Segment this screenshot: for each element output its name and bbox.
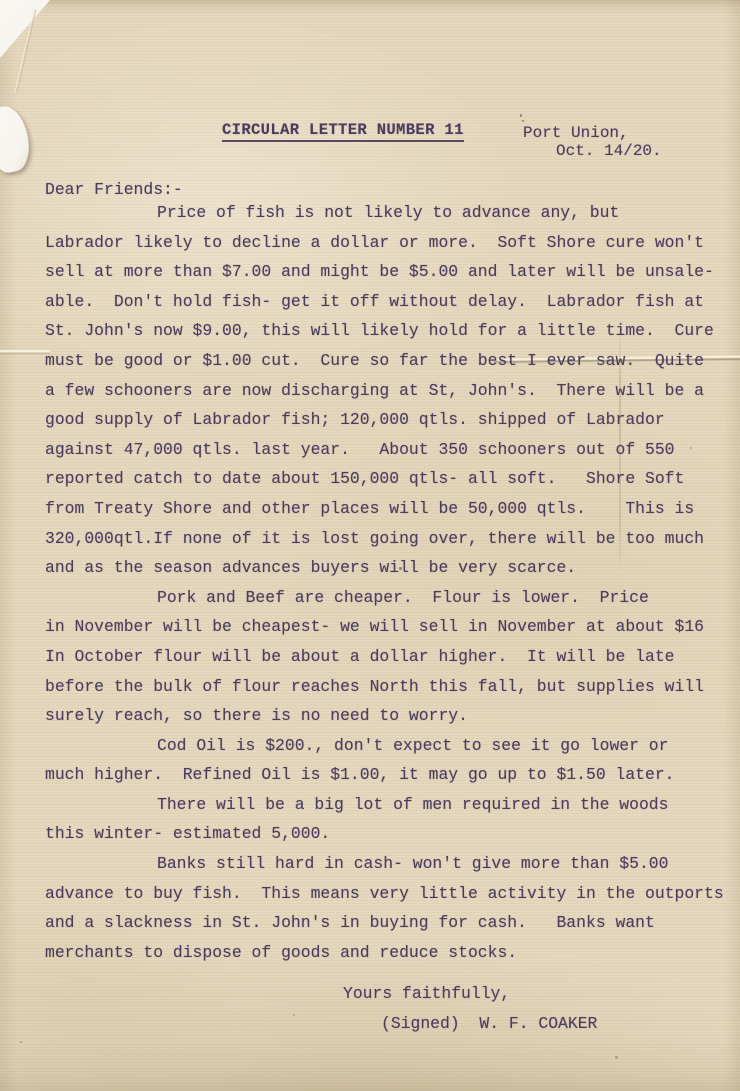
- letter-date: Oct. 14/20.: [556, 142, 662, 160]
- under-sheet-corner-left: [0, 104, 33, 175]
- letter-place: Port Union,: [523, 124, 629, 142]
- letter-line: good supply of Labrador fish; 120,000 qt…: [45, 405, 729, 435]
- letter-line: before the bulk of flour reaches North t…: [45, 672, 729, 702]
- letter-line: this winter- estimated 5,000.: [45, 819, 729, 849]
- ink-speck: [520, 114, 522, 117]
- letter-line: merchants to dispose of goods and reduce…: [45, 938, 729, 968]
- letter-line: 320,000qtl.If none of it is lost going o…: [45, 524, 729, 554]
- letter-line: advance to buy fish. This means very lit…: [45, 879, 729, 909]
- letter-body: Dear Friends:- Price of fish is not like…: [45, 182, 729, 1039]
- ink-speck: [615, 1056, 618, 1059]
- letter-line: much higher. Refined Oil is $1.00, it ma…: [45, 760, 729, 790]
- letter-line: and as the season advances buyers will b…: [45, 553, 729, 583]
- signature-line: (Signed) W. F. COAKER: [45, 1009, 729, 1039]
- letter-line: surely reach, so there is no need to wor…: [45, 701, 729, 731]
- letter-line: Labrador likely to decline a dollar or m…: [45, 228, 729, 258]
- ink-speck: [20, 1041, 22, 1043]
- letter-lines: Price of fish is not likely to advance a…: [45, 198, 729, 967]
- fold-crease-left: [0, 350, 50, 356]
- letter-line: In October flour will be about a dollar …: [45, 642, 729, 672]
- letter-line: sell at more than $7.00 and might be $5.…: [45, 257, 729, 287]
- letter-line: Banks still hard in cash- won't give mor…: [45, 849, 729, 879]
- letter-line: Cod Oil is $200., don't expect to see it…: [45, 731, 729, 761]
- letter-line: a few schooners are now discharging at S…: [45, 376, 729, 406]
- letter-line: and a slackness in St. John's in buying …: [45, 908, 729, 938]
- letter-line: against 47,000 qtls. last year. About 35…: [45, 435, 729, 465]
- letter-line: reported catch to date about 150,000 qtl…: [45, 464, 729, 494]
- letter-line: St. John's now $9.00, this will likely h…: [45, 316, 729, 346]
- letter-title: CIRCULAR LETTER NUMBER 11: [222, 121, 464, 142]
- letter-page: CIRCULAR LETTER NUMBER 11 Port Union, Oc…: [0, 0, 740, 1091]
- letter-line: in November will be cheapest- we will se…: [45, 612, 729, 642]
- letter-line: must be good or $1.00 cut. Cure so far t…: [45, 346, 729, 376]
- letter-line: Pork and Beef are cheaper. Flour is lowe…: [45, 583, 729, 613]
- letter-line: There will be a big lot of men required …: [45, 790, 729, 820]
- letter-line: able. Don't hold fish- get it off withou…: [45, 287, 729, 317]
- letter-line: Price of fish is not likely to advance a…: [45, 198, 729, 228]
- salutation: Dear Friends:-: [45, 182, 729, 198]
- ink-speck: [522, 120, 524, 122]
- letter-line: from Treaty Shore and other places will …: [45, 494, 729, 524]
- closing-phrase: Yours faithfully,: [45, 979, 729, 1009]
